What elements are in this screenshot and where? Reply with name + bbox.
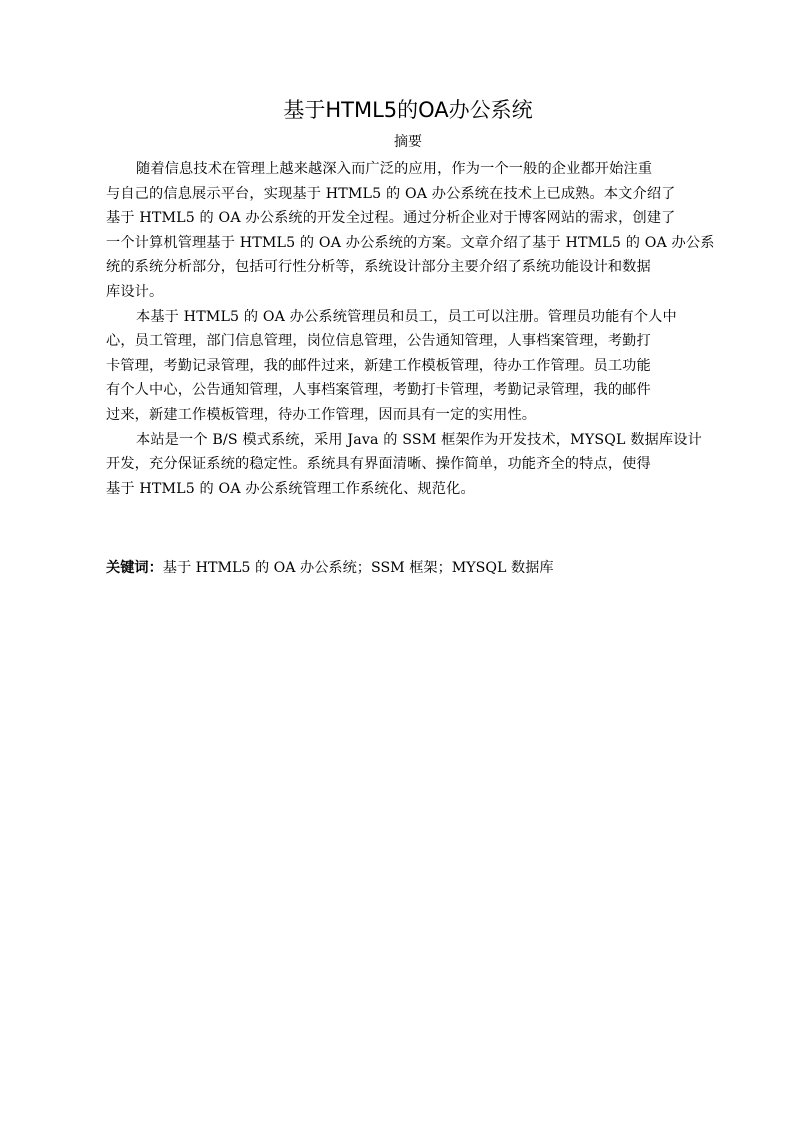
keywords-value: 基于 HTML5 的 OA 办公系统；SSM 框架；MYSQL 数据库 xyxy=(163,560,554,576)
text-line: 统的系统分析部分，包括可行性分析等，系统设计部分主要介绍了系统功能设计和数据 xyxy=(106,255,710,280)
text-line: 有个人中心，公告通知管理，人事档案管理，考勤打卡管理，考勤记录管理，我的邮件 xyxy=(106,378,710,403)
text-line: 随着信息技术在管理上越来越深入而广泛的应用，作为一个一般的企业都开始注重 xyxy=(106,157,710,182)
abstract-paragraph-2: 本基于 HTML5 的 OA 办公系统管理员和员工，员工可以注册。管理员功能有个… xyxy=(106,305,710,428)
text-line: 开发，充分保证系统的稳定性。系统具有界面清晰、操作简单，功能齐全的特点，使得 xyxy=(106,452,710,477)
text-line: 一个计算机管理基于 HTML5 的 OA 办公系统的方案。文章介绍了基于 HTM… xyxy=(106,231,710,256)
text-line: 库设计。 xyxy=(106,280,710,305)
abstract-paragraph-3: 本站是一个 B/S 模式系统，采用 Java 的 SSM 框架作为开发技术，MY… xyxy=(106,428,710,502)
text-line: 基于 HTML5 的 OA 办公系统管理工作系统化、规范化。 xyxy=(106,477,710,502)
document-title: 基于HTML5的OA办公系统 xyxy=(106,95,710,125)
text-line: 心，员工管理，部门信息管理，岗位信息管理，公告通知管理，人事档案管理，考勤打 xyxy=(106,329,710,354)
text-line: 过来，新建工作模板管理，待办工作管理，因而具有一定的实用性。 xyxy=(106,403,710,428)
keywords-line: 关键词：基于 HTML5 的 OA 办公系统；SSM 框架；MYSQL 数据库 xyxy=(106,557,710,579)
text-line: 与自己的信息展示平台，实现基于 HTML5 的 OA 办公系统在技术上已成熟。本… xyxy=(106,182,710,207)
keywords-label: 关键词： xyxy=(106,560,163,576)
text-line: 本基于 HTML5 的 OA 办公系统管理员和员工，员工可以注册。管理员功能有个… xyxy=(106,305,710,330)
abstract-paragraph-1: 随着信息技术在管理上越来越深入而广泛的应用，作为一个一般的企业都开始注重 与自己… xyxy=(106,157,710,305)
text-line: 本站是一个 B/S 模式系统，采用 Java 的 SSM 框架作为开发技术，MY… xyxy=(106,428,710,453)
text-line: 卡管理，考勤记录管理，我的邮件过来，新建工作模板管理，待办工作管理。员工功能 xyxy=(106,354,710,379)
abstract-body: 随着信息技术在管理上越来越深入而广泛的应用，作为一个一般的企业都开始注重 与自己… xyxy=(106,157,710,501)
text-line: 基于 HTML5 的 OA 办公系统的开发全过程。通过分析企业对于博客网站的需求… xyxy=(106,206,710,231)
abstract-heading: 摘要 xyxy=(106,132,710,152)
